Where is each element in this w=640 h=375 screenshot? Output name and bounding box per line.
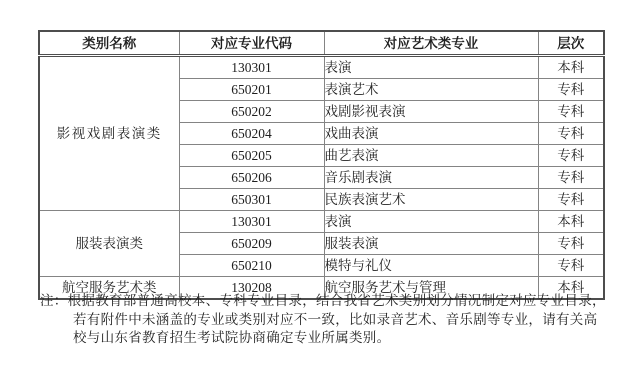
major-cell: 音乐剧表演 [324, 167, 538, 189]
header-level: 层次 [538, 31, 604, 56]
level-cell: 本科 [538, 56, 604, 79]
document-page: 类别名称 对应专业代码 对应艺术类专业 层次 影视戏剧表演类 130301 表演… [0, 0, 640, 375]
code-cell: 650204 [179, 123, 324, 145]
level-cell: 专科 [538, 79, 604, 101]
major-cell: 表演 [324, 211, 538, 233]
code-cell: 130301 [179, 211, 324, 233]
code-cell: 650205 [179, 145, 324, 167]
major-cell: 曲艺表演 [324, 145, 538, 167]
header-category-name: 类别名称 [39, 31, 179, 56]
level-cell: 专科 [538, 123, 604, 145]
table-header-row: 类别名称 对应专业代码 对应艺术类专业 层次 [39, 31, 604, 56]
major-cell: 服装表演 [324, 233, 538, 255]
header-major-code: 对应专业代码 [179, 31, 324, 56]
footnote: 注：根据教育部普通高校本、专科专业目录，结合我省艺术类别划分情况制定对应专业目录… [40, 292, 620, 348]
code-cell: 650209 [179, 233, 324, 255]
major-cell: 戏剧影视表演 [324, 101, 538, 123]
footnote-line: 若有附件中未涵盖的专业或类别对应不一致，比如录音艺术、音乐剧等专业，请有关高 [40, 311, 620, 330]
level-cell: 专科 [538, 233, 604, 255]
major-cell: 民族表演艺术 [324, 189, 538, 211]
level-cell: 专科 [538, 167, 604, 189]
major-cell: 表演 [324, 56, 538, 79]
table-row: 影视戏剧表演类 130301 表演 本科 [39, 56, 604, 79]
code-cell: 650301 [179, 189, 324, 211]
code-cell: 650206 [179, 167, 324, 189]
footnote-line: 注：根据教育部普通高校本、专科专业目录，结合我省艺术类别划分情况制定对应专业目录… [40, 292, 620, 311]
table-row: 服装表演类 130301 表演 本科 [39, 211, 604, 233]
level-cell: 专科 [538, 145, 604, 167]
level-cell: 专科 [538, 189, 604, 211]
category-cell: 服装表演类 [39, 211, 179, 277]
category-cell: 影视戏剧表演类 [39, 56, 179, 211]
code-cell: 650210 [179, 255, 324, 277]
code-cell: 650201 [179, 79, 324, 101]
code-cell: 650202 [179, 101, 324, 123]
level-cell: 本科 [538, 211, 604, 233]
footnote-line: 校与山东省教育招生考试院协商确定专业所属类别。 [40, 329, 620, 348]
header-art-major: 对应艺术类专业 [324, 31, 538, 56]
major-category-table: 类别名称 对应专业代码 对应艺术类专业 层次 影视戏剧表演类 130301 表演… [38, 30, 605, 300]
major-cell: 模特与礼仪 [324, 255, 538, 277]
code-cell: 130301 [179, 56, 324, 79]
major-cell: 戏曲表演 [324, 123, 538, 145]
level-cell: 专科 [538, 255, 604, 277]
level-cell: 专科 [538, 101, 604, 123]
major-cell: 表演艺术 [324, 79, 538, 101]
